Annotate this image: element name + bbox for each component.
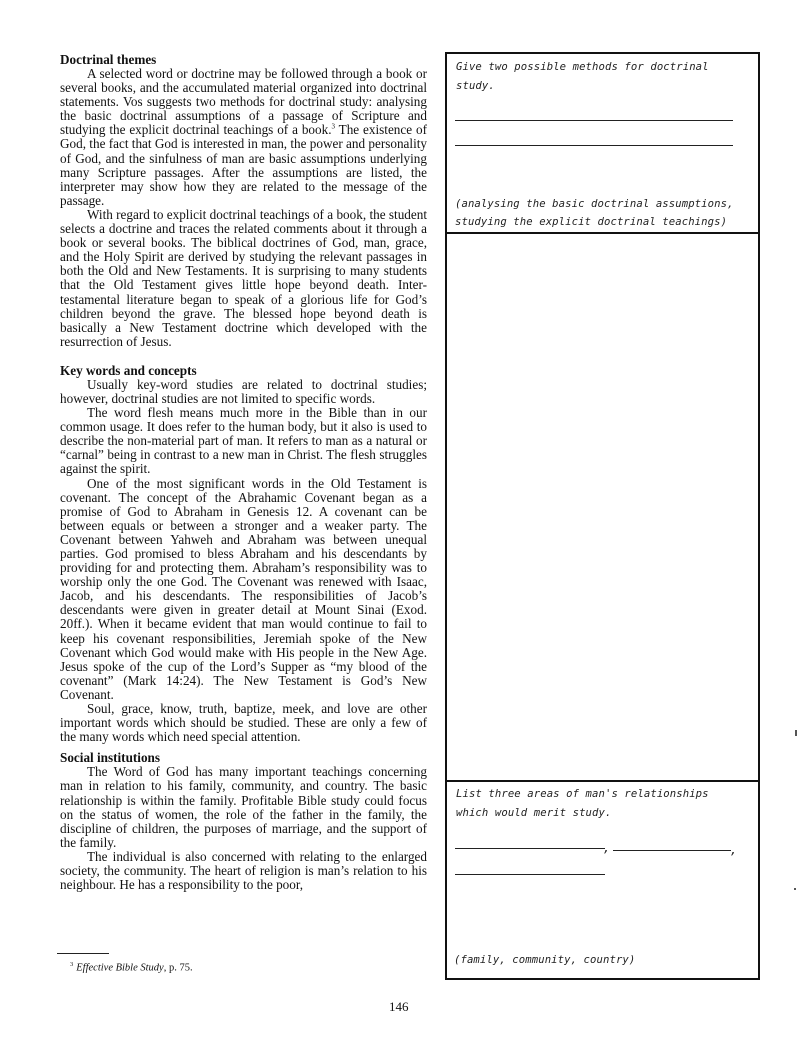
paragraph: Soul, grace, know, truth, baptize, meek,…: [60, 702, 427, 744]
paragraph: A selected word or doctrine may be follo…: [60, 67, 427, 208]
question-2-prompt: List three areas of man's relationships …: [456, 785, 746, 823]
footnote-citation: , p. 75.: [164, 963, 193, 974]
section-heading-doctrinal-themes: Doctrinal themes: [60, 52, 427, 67]
page-number: 146: [389, 999, 409, 1015]
comma-separator: ,: [730, 845, 737, 855]
paragraph: One of the most significant words in the…: [60, 477, 427, 703]
question-2-answer-key: (family, community, country): [454, 951, 635, 970]
paragraph: Usually key-word studies are related to …: [60, 378, 427, 406]
question-2-answer-blank-3[interactable]: [455, 874, 605, 875]
question-2-answer-blank-2[interactable]: [613, 850, 731, 851]
footnote: 3Effective Bible Study, p. 75.: [70, 959, 193, 975]
box-divider: [445, 780, 760, 782]
workbook-question-box: Give two possible methods for doctrinal …: [445, 52, 760, 980]
scan-artifact: [795, 730, 797, 736]
paragraph: The word flesh means much more in the Bi…: [60, 406, 427, 476]
body-text-column: Doctrinal themes A selected word or doct…: [60, 52, 427, 892]
footnote-divider: [57, 953, 109, 954]
footnote-reference[interactable]: 3: [332, 123, 336, 131]
question-1-answer-blank-2[interactable]: [455, 145, 733, 146]
paragraph: With regard to explicit doctrinal teachi…: [60, 208, 427, 349]
paragraph: The Word of God has many important teach…: [60, 765, 427, 850]
section-heading-social-institutions: Social institutions: [60, 750, 427, 765]
footnote-number: 3: [70, 961, 73, 968]
question-1-prompt: Give two possible methods for doctrinal …: [456, 58, 746, 96]
question-2-answer-blank-1[interactable]: [455, 848, 605, 849]
question-1-answer-blank-1[interactable]: [455, 120, 733, 121]
comma-separator: ,: [603, 843, 610, 853]
blank-notes-area: [447, 234, 758, 780]
footnote-title: Effective Bible Study: [76, 963, 163, 974]
question-1-answer-key: (analysing the basic doctrinal assumptio…: [455, 195, 755, 231]
paragraph: The individual is also concerned with re…: [60, 850, 427, 892]
scan-artifact: [794, 888, 796, 890]
section-heading-key-words: Key words and concepts: [60, 363, 427, 378]
